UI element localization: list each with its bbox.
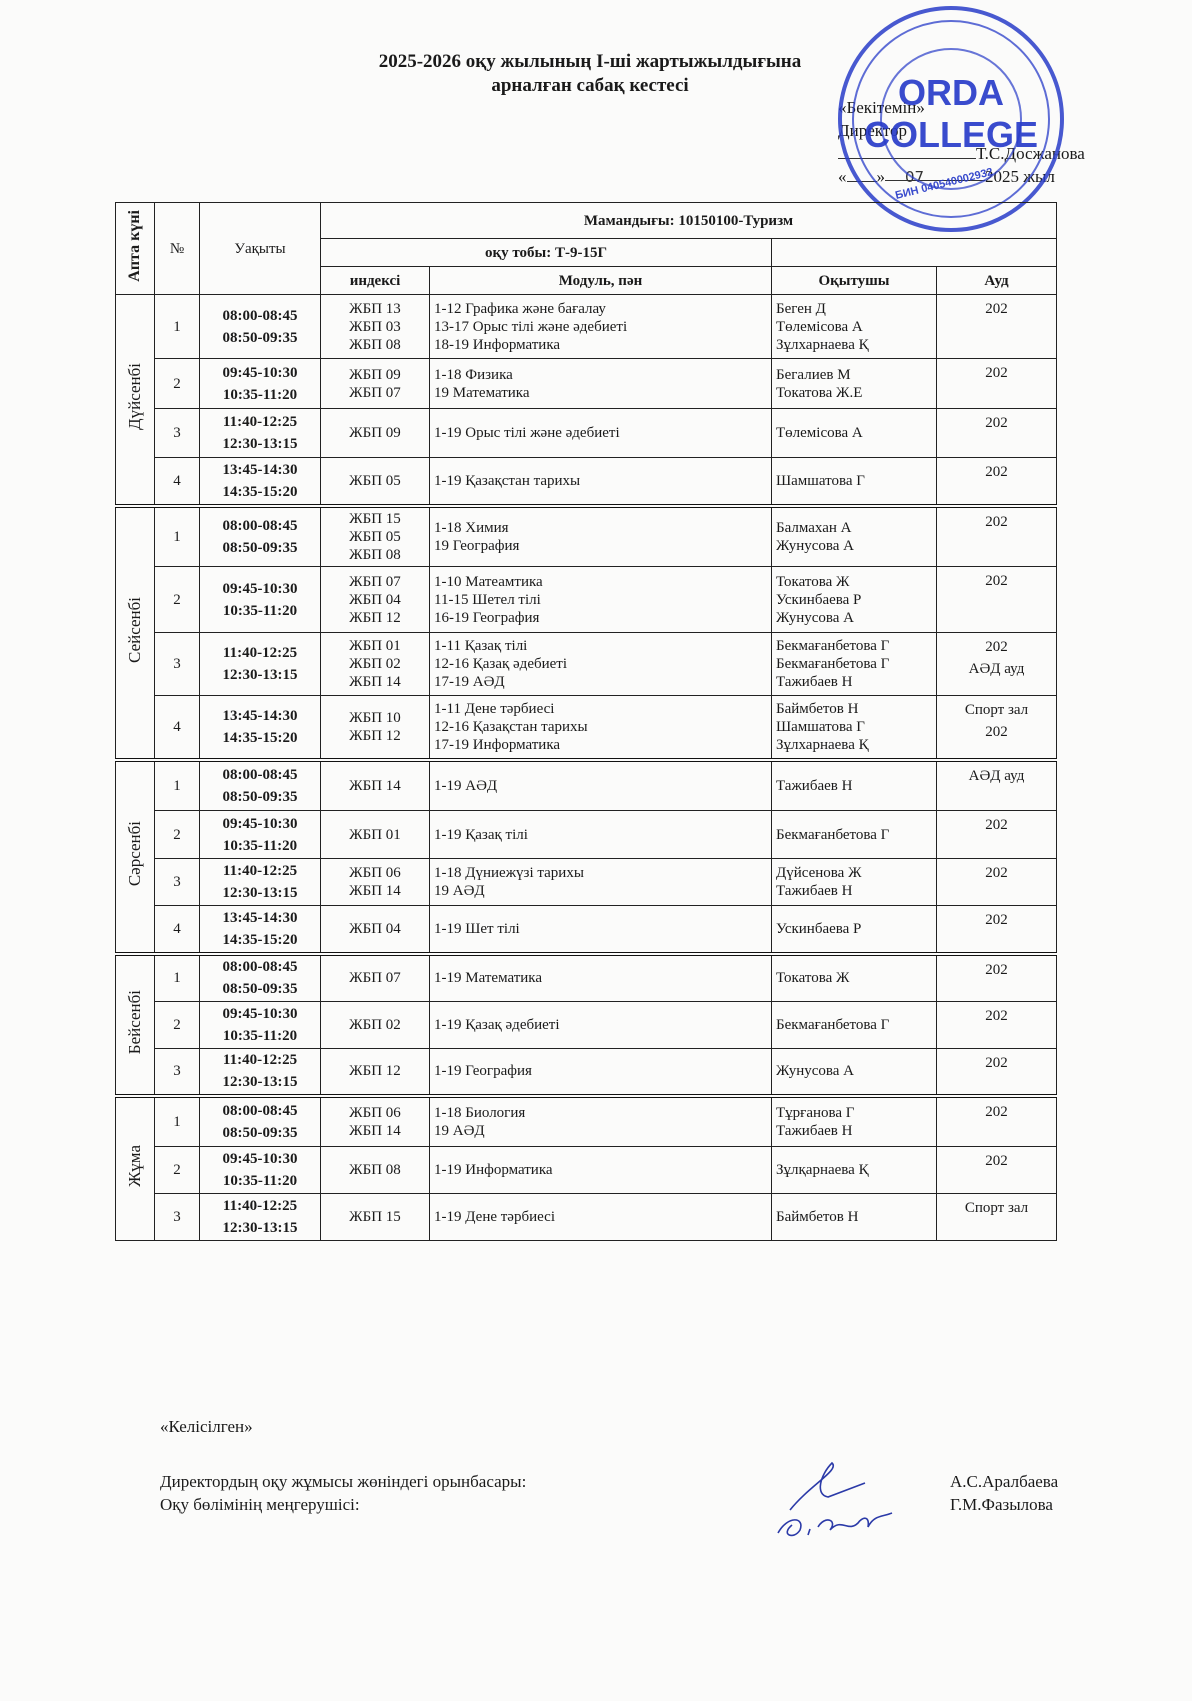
lesson-number: 2 xyxy=(155,811,200,859)
header-module: Модуль, пән xyxy=(430,267,772,295)
lesson-index: ЖБП 02 xyxy=(321,1002,430,1049)
lesson-index: ЖБП 15ЖБП 05ЖБП 08 xyxy=(321,506,430,567)
lesson-number: 3 xyxy=(155,1194,200,1241)
lesson-teacher: Зұлқарнаева Қ xyxy=(772,1147,937,1194)
lesson-room: Спорт зал202 xyxy=(937,696,1057,760)
approval-label: «Бекітемін» xyxy=(838,96,1118,119)
day-cell: Сәрсенбі xyxy=(116,760,155,954)
header-specialty: Мамандығы: 10150100-Туризм xyxy=(321,203,1057,239)
lesson-module: 1-19 Қазақ әдебиеті xyxy=(430,1002,772,1049)
lesson-teacher: Токатова ЖУскинбаева РЖунусова А xyxy=(772,567,937,633)
table-row: Бейсенбі108:00-08:4508:50-09:35ЖБП 071-1… xyxy=(116,954,1057,1002)
lesson-room: Спорт зал xyxy=(937,1194,1057,1241)
day-cell: Дүйсенбі xyxy=(116,295,155,506)
table-row: 311:40-12:2512:30-13:15ЖБП 06ЖБП 141-18 … xyxy=(116,859,1057,906)
lesson-number: 3 xyxy=(155,633,200,696)
lesson-number: 1 xyxy=(155,1096,200,1147)
lesson-room: 202 xyxy=(937,1096,1057,1147)
name-deputy-director: А.С.Аралбаева xyxy=(950,1470,1058,1493)
day-cell: Бейсенбі xyxy=(116,954,155,1096)
lesson-teacher: Бекмағанбетова Г xyxy=(772,811,937,859)
role-deputy-director: Директордың оқу жұмысы жөніндегі орынбас… xyxy=(160,1470,526,1493)
lesson-room: 202 xyxy=(937,458,1057,506)
table-row: 311:40-12:2512:30-13:15ЖБП 091-19 Орыс т… xyxy=(116,409,1057,458)
lesson-index: ЖБП 07 xyxy=(321,954,430,1002)
footer-roles: Директордың оқу жұмысы жөніндегі орынбас… xyxy=(160,1470,526,1516)
table-row: 209:45-10:3010:35-11:20ЖБП 07ЖБП 04ЖБП 1… xyxy=(116,567,1057,633)
lesson-module: 1-19 Информатика xyxy=(430,1147,772,1194)
lesson-index: ЖБП 08 xyxy=(321,1147,430,1194)
table-row: 413:45-14:3014:35-15:20ЖБП 10ЖБП 121-11 … xyxy=(116,696,1057,760)
lesson-teacher: Беген ДТөлемісова АЗұлхарнаева Қ xyxy=(772,295,937,359)
lesson-room: 202 xyxy=(937,1049,1057,1096)
table-row: 311:40-12:2512:30-13:15ЖБП 151-19 Дене т… xyxy=(116,1194,1057,1241)
lesson-index: ЖБП 09ЖБП 07 xyxy=(321,359,430,409)
footer-names: А.С.Аралбаева Г.М.Фазылова xyxy=(950,1470,1058,1516)
header-group: оқу тобы: Т-9-15Г xyxy=(321,239,772,267)
document-title: 2025-2026 оқу жылының І-ші жартыжылдығын… xyxy=(300,50,880,98)
director-name: Т.С.Досжанова xyxy=(976,144,1085,163)
lesson-module: 1-11 Дене тәрбиесі12-16 Қазақстан тарихы… xyxy=(430,696,772,760)
lesson-time: 13:45-14:3014:35-15:20 xyxy=(200,906,321,954)
lesson-room: АӘД ауд xyxy=(937,760,1057,811)
lesson-teacher: Жунусова А xyxy=(772,1049,937,1096)
lesson-number: 3 xyxy=(155,859,200,906)
day-cell: Жұма xyxy=(116,1096,155,1241)
lesson-module: 1-19 Шет тілі xyxy=(430,906,772,954)
table-row: Дүйсенбі108:00-08:4508:50-09:35ЖБП 13ЖБП… xyxy=(116,295,1057,359)
date-year: 2025 жыл xyxy=(985,167,1055,186)
lesson-index: ЖБП 01 xyxy=(321,811,430,859)
lesson-index: ЖБП 06ЖБП 14 xyxy=(321,1096,430,1147)
lesson-number: 1 xyxy=(155,954,200,1002)
lesson-module: 1-12 Графика және бағалау13-17 Орыс тілі… xyxy=(430,295,772,359)
lesson-module: 1-19 Қазақстан тарихы xyxy=(430,458,772,506)
table-row: 209:45-10:3010:35-11:20ЖБП 081-19 Информ… xyxy=(116,1147,1057,1194)
header-teacher: Оқытушы xyxy=(772,267,937,295)
header-time: Уақыты xyxy=(200,203,321,295)
lesson-number: 1 xyxy=(155,506,200,567)
lesson-teacher: Баймбетов НШамшатова ГЗұлхарнаева Қ xyxy=(772,696,937,760)
lesson-index: ЖБП 10ЖБП 12 xyxy=(321,696,430,760)
lesson-index: ЖБП 01ЖБП 02ЖБП 14 xyxy=(321,633,430,696)
approval-block: «Бекітемін» Директор Т.С.Досжанова «»072… xyxy=(838,96,1118,188)
lesson-number: 2 xyxy=(155,1002,200,1049)
lesson-module: 1-19 Дене тәрбиесі xyxy=(430,1194,772,1241)
lesson-room: 202 xyxy=(937,359,1057,409)
lesson-index: ЖБП 05 xyxy=(321,458,430,506)
lesson-room: 202 xyxy=(937,954,1057,1002)
lesson-time: 11:40-12:2512:30-13:15 xyxy=(200,1194,321,1241)
lesson-time: 09:45-10:3010:35-11:20 xyxy=(200,359,321,409)
table-row: Жұма108:00-08:4508:50-09:35ЖБП 06ЖБП 141… xyxy=(116,1096,1057,1147)
header-room: Ауд xyxy=(937,267,1057,295)
table-row: Сәрсенбі108:00-08:4508:50-09:35ЖБП 141-1… xyxy=(116,760,1057,811)
lesson-room: 202 xyxy=(937,1002,1057,1049)
signature-blank xyxy=(838,143,976,159)
lesson-index: ЖБП 15 xyxy=(321,1194,430,1241)
lesson-time: 11:40-12:2512:30-13:15 xyxy=(200,409,321,458)
lesson-time: 11:40-12:2512:30-13:15 xyxy=(200,859,321,906)
lesson-teacher: Баймбетов Н xyxy=(772,1194,937,1241)
date-day-handwritten: 07 xyxy=(885,168,924,186)
lesson-teacher: Бекмағанбетова ГБекмағанбетова ГТажибаев… xyxy=(772,633,937,696)
lesson-module: 1-19 География xyxy=(430,1049,772,1096)
lesson-room: 202 xyxy=(937,906,1057,954)
lesson-number: 2 xyxy=(155,359,200,409)
table-row: 209:45-10:3010:35-11:20ЖБП 09ЖБП 071-18 … xyxy=(116,359,1057,409)
lesson-time: 08:00-08:4508:50-09:35 xyxy=(200,760,321,811)
lesson-room: 202 xyxy=(937,859,1057,906)
name-head-of-department: Г.М.Фазылова xyxy=(950,1493,1058,1516)
lesson-time: 08:00-08:4508:50-09:35 xyxy=(200,506,321,567)
lesson-number: 4 xyxy=(155,458,200,506)
lesson-time: 13:45-14:3014:35-15:20 xyxy=(200,458,321,506)
lesson-teacher: Ускинбаева Р xyxy=(772,906,937,954)
lesson-module: 1-19 Математика xyxy=(430,954,772,1002)
lesson-module: 1-19 Қазақ тілі xyxy=(430,811,772,859)
table-row: 209:45-10:3010:35-11:20ЖБП 021-19 Қазақ … xyxy=(116,1002,1057,1049)
lesson-number: 3 xyxy=(155,409,200,458)
lesson-room: 202 xyxy=(937,811,1057,859)
lesson-room: 202 xyxy=(937,1147,1057,1194)
lesson-module: 1-19 АӘД xyxy=(430,760,772,811)
approval-position: Директор xyxy=(838,119,1118,142)
lesson-module: 1-18 Физика19 Математика xyxy=(430,359,772,409)
lesson-module: 1-18 Биология19 АӘД xyxy=(430,1096,772,1147)
lesson-number: 4 xyxy=(155,906,200,954)
lesson-time: 09:45-10:3010:35-11:20 xyxy=(200,1002,321,1049)
lesson-teacher: Бегалиев МТокатова Ж.Е xyxy=(772,359,937,409)
lesson-teacher: Төлемісова А xyxy=(772,409,937,458)
lesson-number: 1 xyxy=(155,760,200,811)
agreed-label: «Келісілген» xyxy=(160,1415,253,1438)
lesson-index: ЖБП 06ЖБП 14 xyxy=(321,859,430,906)
lesson-teacher: Тажибаев Н xyxy=(772,760,937,811)
schedule-table: Апта күні № Уақыты Мамандығы: 10150100-Т… xyxy=(115,202,1057,1241)
handwritten-signature xyxy=(770,1455,900,1545)
lesson-module: 1-18 Химия19 География xyxy=(430,506,772,567)
lesson-module: 1-10 Матеамтика11-15 Шетел тілі16-19 Гео… xyxy=(430,567,772,633)
header-index: индексі xyxy=(321,267,430,295)
lesson-time: 11:40-12:2512:30-13:15 xyxy=(200,633,321,696)
lesson-room: 202 xyxy=(937,295,1057,359)
lesson-room: 202 xyxy=(937,506,1057,567)
table-row: 209:45-10:3010:35-11:20ЖБП 011-19 Қазақ … xyxy=(116,811,1057,859)
table-row: 311:40-12:2512:30-13:15ЖБП 121-19 Геогра… xyxy=(116,1049,1057,1096)
lesson-index: ЖБП 09 xyxy=(321,409,430,458)
date-close-quote: » xyxy=(877,167,886,186)
lesson-module: 1-18 Дүниежүзі тарихы19 АӘД xyxy=(430,859,772,906)
lesson-number: 2 xyxy=(155,567,200,633)
lesson-time: 09:45-10:3010:35-11:20 xyxy=(200,811,321,859)
header-number: № xyxy=(155,203,200,295)
title-line-1: 2025-2026 оқу жылының І-ші жартыжылдығын… xyxy=(300,50,880,74)
lesson-time: 08:00-08:4508:50-09:35 xyxy=(200,954,321,1002)
table-row: Сейсенбі108:00-08:4508:50-09:35ЖБП 15ЖБП… xyxy=(116,506,1057,567)
table-row: 413:45-14:3014:35-15:20ЖБП 041-19 Шет ті… xyxy=(116,906,1057,954)
lesson-room: 202АӘД ауд xyxy=(937,633,1057,696)
lesson-number: 1 xyxy=(155,295,200,359)
approval-date: «»072025 жыл xyxy=(838,165,1118,188)
day-cell: Сейсенбі xyxy=(116,506,155,760)
lesson-teacher: Балмахан АЖунусова А xyxy=(772,506,937,567)
lesson-teacher: Токатова Ж xyxy=(772,954,937,1002)
lesson-index: ЖБП 14 xyxy=(321,760,430,811)
lesson-index: ЖБП 07ЖБП 04ЖБП 12 xyxy=(321,567,430,633)
lesson-teacher: Шамшатова Г xyxy=(772,458,937,506)
lesson-room: 202 xyxy=(937,409,1057,458)
lesson-number: 3 xyxy=(155,1049,200,1096)
lesson-index: ЖБП 12 xyxy=(321,1049,430,1096)
table-row: 311:40-12:2512:30-13:15ЖБП 01ЖБП 02ЖБП 1… xyxy=(116,633,1057,696)
approval-signature-line: Т.С.Досжанова xyxy=(838,142,1118,165)
lesson-time: 13:45-14:3014:35-15:20 xyxy=(200,696,321,760)
lesson-time: 11:40-12:2512:30-13:15 xyxy=(200,1049,321,1096)
lesson-index: ЖБП 13ЖБП 03ЖБП 08 xyxy=(321,295,430,359)
lesson-time: 09:45-10:3010:35-11:20 xyxy=(200,1147,321,1194)
lesson-number: 2 xyxy=(155,1147,200,1194)
lesson-teacher: Дүйсенова ЖТажибаев Н xyxy=(772,859,937,906)
lesson-index: ЖБП 04 xyxy=(321,906,430,954)
header-day: Апта күні xyxy=(116,203,155,295)
title-line-2: арналған сабақ кестесі xyxy=(300,74,880,98)
lesson-module: 1-19 Орыс тілі және әдебиеті xyxy=(430,409,772,458)
date-month-blank: 07 xyxy=(885,165,985,181)
lesson-room: 202 xyxy=(937,567,1057,633)
lesson-number: 4 xyxy=(155,696,200,760)
header-group-blank xyxy=(772,239,1057,267)
lesson-time: 08:00-08:4508:50-09:35 xyxy=(200,295,321,359)
lesson-time: 09:45-10:3010:35-11:20 xyxy=(200,567,321,633)
lesson-teacher: Тұрғанова ГТажибаев Н xyxy=(772,1096,937,1147)
lesson-teacher: Бекмағанбетова Г xyxy=(772,1002,937,1049)
role-head-of-department: Оқу бөлімінің меңгерушісі: xyxy=(160,1493,526,1516)
lesson-time: 08:00-08:4508:50-09:35 xyxy=(200,1096,321,1147)
date-open-quote: « xyxy=(838,167,847,186)
table-row: 413:45-14:3014:35-15:20ЖБП 051-19 Қазақс… xyxy=(116,458,1057,506)
lesson-module: 1-11 Қазақ тілі12-16 Қазақ әдебиеті17-19… xyxy=(430,633,772,696)
